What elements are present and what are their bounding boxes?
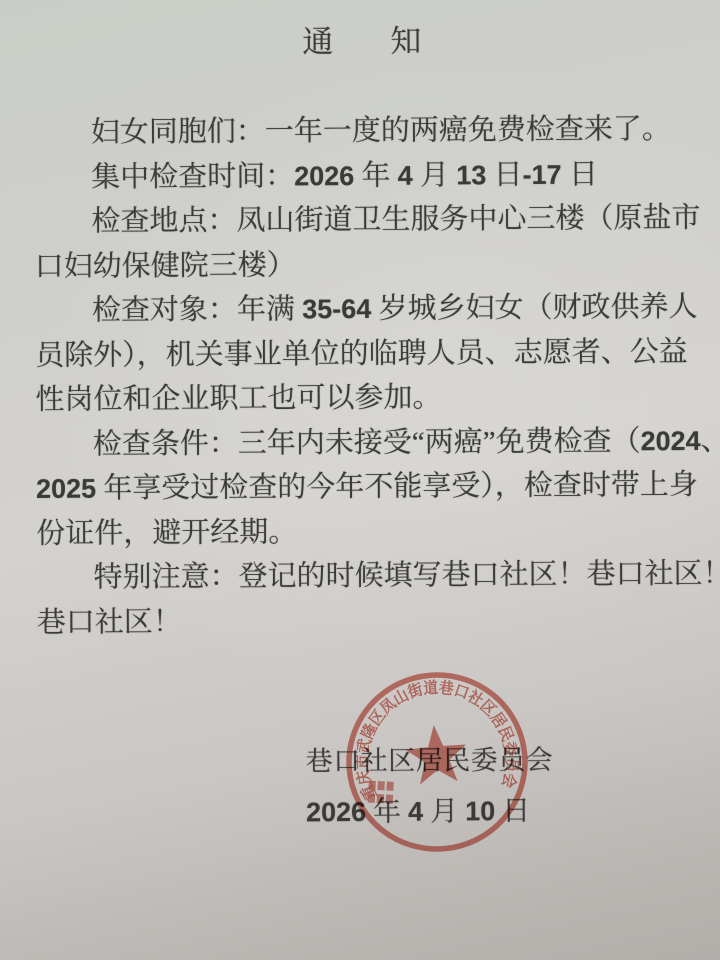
notice-body: 妇女同胞们：一年一度的两癌免费检查来了。 集中检查时间：2026 年 4 月 1… (34, 107, 695, 645)
body-line: 检查对象：年满 35-64 岁城乡妇女（财政供养人 (35, 285, 693, 334)
title-char-right: 知 (390, 24, 422, 59)
body-line: 集中检查时间：2026 年 4 月 13 日-17 日 (34, 151, 692, 200)
body-line: 检查地点：凤山街道卫生服务中心三楼（原盐市 (34, 196, 692, 245)
title-char-left: 通 (302, 24, 334, 59)
body-line: 特别注意：登记的时候填写巷口社区！巷口社区！ (36, 552, 694, 601)
body-line: 2025 年享受过检查的今年不能享受），检查时带上身 (36, 463, 694, 512)
date-line: 2026 年 4 月 10 日 (306, 793, 696, 830)
body-line: 员除外），机关事业单位的临聘人员、志愿者、公益 (35, 329, 693, 378)
notice-title: 通知 (33, 20, 691, 64)
body-line: 性岗位和企业职工也可以参加。 (35, 374, 693, 423)
body-line: 妇女同胞们：一年一度的两癌免费检查来了。 (34, 107, 692, 156)
body-line: 检查条件：三年内未接受“两癌”免费检查（2024、 (36, 418, 694, 467)
body-line: 口妇幼保健院三楼） (35, 240, 693, 289)
signature-line: 巷口社区居民委员会 (306, 742, 696, 778)
body-line: 份证件，避开经期。 (36, 507, 694, 556)
body-line: 巷口社区！ (37, 596, 695, 645)
notice-document: 通知 妇女同胞们：一年一度的两癌免费检查来了。 集中检查时间：2026 年 4 … (0, 0, 720, 960)
photographed-notice: { "doc": { "title": { "left": "通", "righ… (0, 0, 720, 960)
